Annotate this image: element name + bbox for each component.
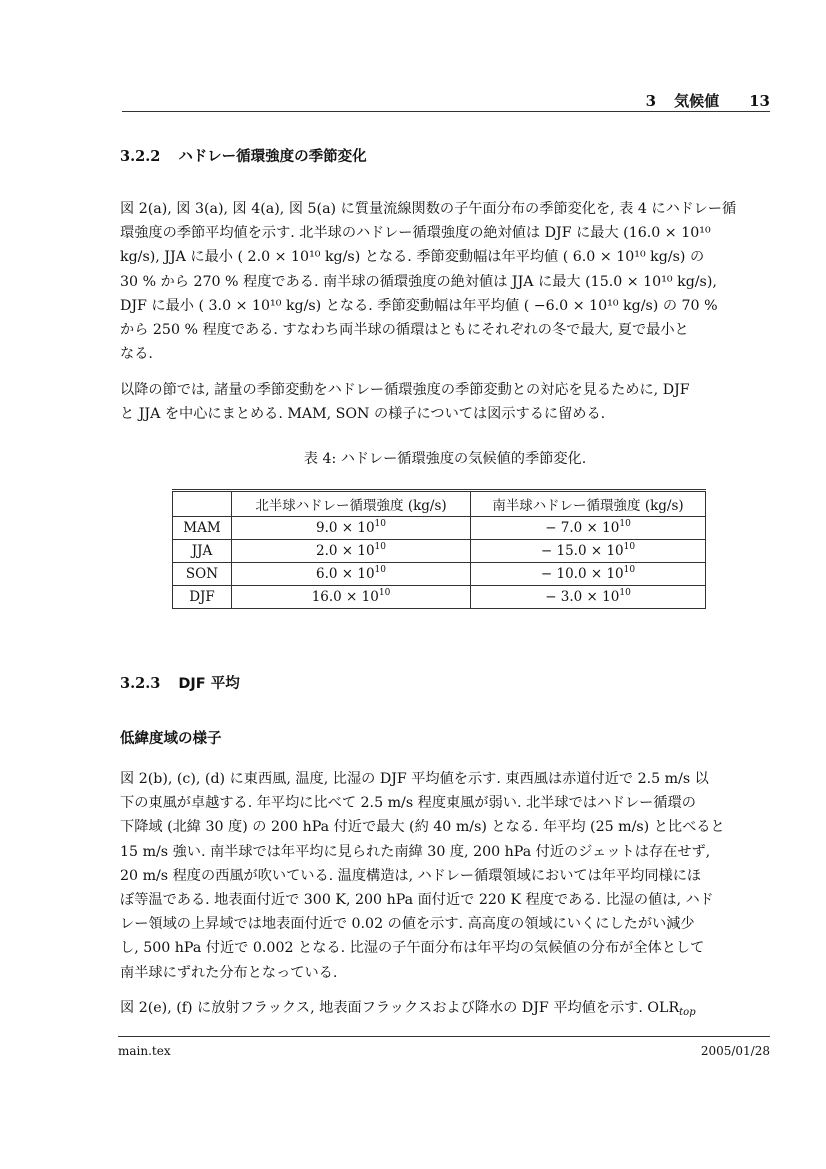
south-value-cell: − 10.0 × 1010 xyxy=(471,563,706,586)
text-line: レー領域の上昇域では地表面付近で 0.02 の値を示す. 高高度の領域にいくにし… xyxy=(120,912,770,936)
text-line: 下の東風が卓越する. 年平均に比べて 2.5 m/s 程度東風が弱い. 北半球で… xyxy=(120,791,770,815)
south-value-cell: − 15.0 × 1010 xyxy=(471,540,706,563)
paragraph-djf-flux: 図 2(e), (f) に放射フラックス, 地表面フラックスおよび降水の DJF… xyxy=(120,996,770,1025)
subscript-top: top xyxy=(679,1007,695,1018)
table-header-row: 北半球ハドレー循環強度 (kg/s) 南半球ハドレー循環強度 (kg/s) xyxy=(173,491,706,517)
north-value-cell: 6.0 × 1010 xyxy=(232,563,471,586)
text-line: 以降の節では, 諸量の季節変動をハドレー循環強度の季節変動との対応を見るために,… xyxy=(120,378,770,402)
page-number: 13 xyxy=(749,92,770,110)
text-line: から 250 % 程度である. すなわち両半球の循環はともにそれぞれの冬で最大,… xyxy=(120,318,770,342)
table-caption: 表 4: ハドレー循環強度の気候値的季節変化. xyxy=(120,448,770,468)
text-line: し, 500 hPa 付近で 0.002 となる. 比湿の子午面分布は年平均の気… xyxy=(120,936,770,960)
text-line: DJF に最小 ( 3.0 × 10¹⁰ kg/s) となる. 季節変動幅は年平… xyxy=(120,294,770,318)
paragraph-following-sections: 以降の節では, 諸量の季節変動をハドレー循環強度の季節変動との対応を見るために,… xyxy=(120,378,770,426)
north-value-cell: 2.0 × 1010 xyxy=(232,540,471,563)
hadley-strength-table: 北半球ハドレー循環強度 (kg/s) 南半球ハドレー循環強度 (kg/s) MA… xyxy=(172,489,706,609)
text-line: と JJA を中心にまとめる. MAM, SON の様子については図示するに留め… xyxy=(120,402,770,426)
footer-date: 2005/01/28 xyxy=(701,1044,770,1058)
page-footer: main.tex 2005/01/28 xyxy=(118,1036,770,1037)
table-row: DJF 16.0 × 1010 − 3.0 × 1010 xyxy=(173,586,706,609)
table-row: SON 6.0 × 1010 − 10.0 × 1010 xyxy=(173,563,706,586)
table-row: JJA 2.0 × 1010 − 15.0 × 1010 xyxy=(173,540,706,563)
subsection-heading-low-latitude: 低緯度域の様子 xyxy=(120,727,222,748)
section-heading-3-2-2: 3.2.2ハドレー循環強度の季節変化 xyxy=(120,145,367,166)
season-cell: SON xyxy=(173,563,232,586)
text-line: なる. xyxy=(120,342,770,366)
text-line: 環強度の季節平均値を示す. 北半球のハドレー循環強度の絶対値は DJF に最大 … xyxy=(120,221,770,245)
chapter-title: 気候値 xyxy=(674,92,719,110)
south-value-cell: − 7.0 × 1010 xyxy=(471,517,706,540)
text-line: 下降域 (北緯 30 度) の 200 hPa 付近で最大 (約 40 m/s)… xyxy=(120,815,770,839)
paragraph-hadley-seasonal: 図 2(a), 図 3(a), 図 4(a), 図 5(a) に質量流線関数の子… xyxy=(120,197,770,366)
header-rule xyxy=(122,111,770,112)
north-value-cell: 9.0 × 1010 xyxy=(232,517,471,540)
text-line: 南半球にずれた分布となっている. xyxy=(120,961,770,985)
text-line: ぼ等温である. 地表面付近で 300 K, 200 hPa 面付近で 220 K… xyxy=(120,888,770,912)
text-line: 15 m/s 強い. 南半球では年平均に見られた南緯 30 度, 200 hPa… xyxy=(120,840,770,864)
text-line: 図 2(a), 図 3(a), 図 4(a), 図 5(a) に質量流線関数の子… xyxy=(120,197,770,221)
page-header: 3気候値13 xyxy=(122,90,770,112)
text-line: 図 2(b), (c), (d) に東西風, 温度, 比湿の DJF 平均値を示… xyxy=(120,767,770,791)
north-value-cell: 16.0 × 1010 xyxy=(232,586,471,609)
text-line: 30 % から 270 % 程度である. 南半球の循環強度の絶対値は JJA に… xyxy=(120,270,770,294)
season-cell: JJA xyxy=(173,540,232,563)
section-heading-3-2-3: 3.2.3DJF 平均 xyxy=(120,672,240,693)
text-line: kg/s), JJA に最小 ( 2.0 × 10¹⁰ kg/s) となる. 季… xyxy=(120,245,770,269)
section-number: 3.2.3 xyxy=(120,675,160,692)
header-cell-north: 北半球ハドレー循環強度 (kg/s) xyxy=(232,491,471,517)
section-number: 3.2.2 xyxy=(120,148,160,165)
text-line: 20 m/s 程度の西風が吹いている. 温度構造は, ハドレー循環領域においては… xyxy=(120,864,770,888)
text-line: 図 2(e), (f) に放射フラックス, 地表面フラックスおよび降水の DJF… xyxy=(120,996,770,1025)
header-cell-south: 南半球ハドレー循環強度 (kg/s) xyxy=(471,491,706,517)
season-cell: DJF xyxy=(173,586,232,609)
header-cell-empty xyxy=(173,491,232,517)
footer-rule xyxy=(118,1036,770,1037)
season-cell: MAM xyxy=(173,517,232,540)
chapter-number: 3 xyxy=(646,92,656,110)
section-title: ハドレー循環強度の季節変化 xyxy=(178,149,366,165)
table-row: MAM 9.0 × 1010 − 7.0 × 1010 xyxy=(173,517,706,540)
south-value-cell: − 3.0 × 1010 xyxy=(471,586,706,609)
running-head: 3気候値13 xyxy=(628,90,770,111)
footer-filename: main.tex xyxy=(118,1044,171,1058)
paragraph-djf-low-latitude: 図 2(b), (c), (d) に東西風, 温度, 比湿の DJF 平均値を示… xyxy=(120,767,770,985)
section-title: DJF 平均 xyxy=(178,676,239,692)
